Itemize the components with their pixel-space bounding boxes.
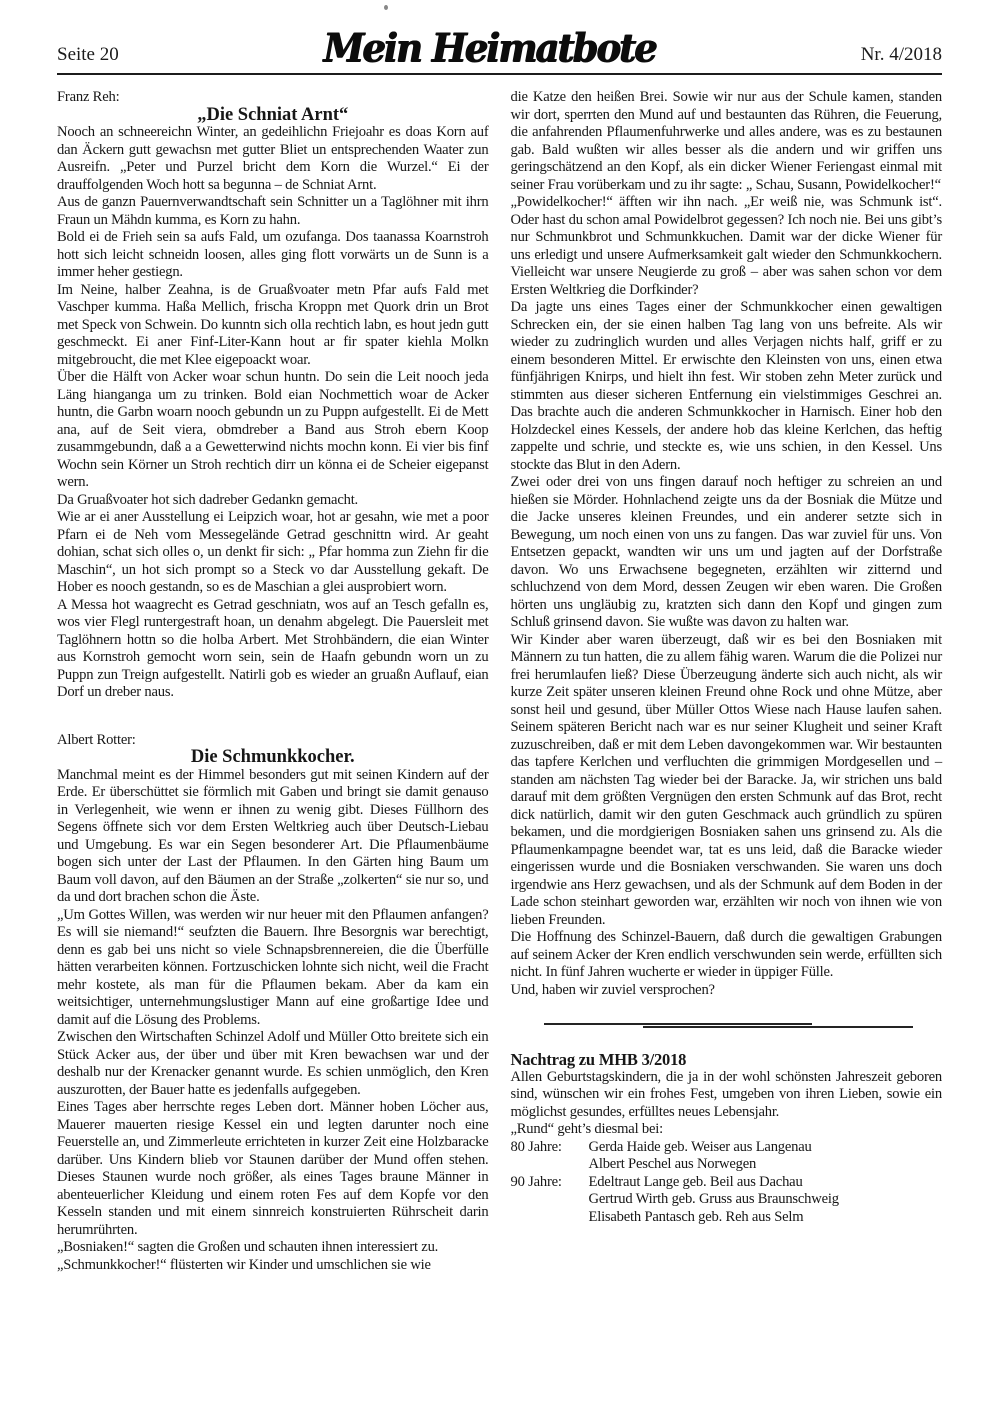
paragraph: „Um Gottes Willen, was werden wir nur he… [57, 907, 489, 1030]
paragraph: Da Gruaßvoater hot sich dadreber Gedankn… [57, 492, 489, 510]
article-author: Franz Reh: [57, 89, 489, 107]
article-title: „Die Schniat Arnt“ [57, 107, 489, 125]
paragraph: „Powidelkocher!“ äfften wir ihn nach. „E… [511, 194, 943, 299]
paragraph: die Katze den heißen Brei. Sowie wir nur… [511, 89, 943, 194]
birthday-age-label: 90 Jahre: [511, 1174, 589, 1192]
birthday-row: 80 Jahre: Gerda Haide geb. Weiser aus La… [511, 1139, 943, 1157]
article-separator-gap [57, 702, 489, 732]
article-title: Die Schmunkkocher. [57, 749, 489, 767]
newspaper-page: Seite 20 Mein Heimatbote Nr. 4/2018 Fran… [0, 0, 1000, 1412]
masthead-title: Mein Heimatbote [324, 29, 656, 67]
paragraph: Bold ei de Frieh sein sa aufs Fald, um o… [57, 229, 489, 282]
nachtrag-intro: Allen Geburtstagskindern, die ja in der … [511, 1069, 943, 1122]
birthday-age-label: 80 Jahre: [511, 1139, 589, 1157]
closing-question: Und, haben wir zuviel versprochen? [511, 982, 943, 1000]
left-column: Franz Reh: „Die Schniat Arnt“ Nooch an s… [57, 89, 489, 1274]
paragraph: Wir Kinder aber waren überzeugt, daß wir… [511, 632, 943, 930]
paragraph: Nooch an schneereichn Winter, an gedeihl… [57, 124, 489, 194]
paragraph: Aus de ganzn Pauernverwandtschaft sein S… [57, 194, 489, 229]
birthday-row: Elisabeth Pantasch geb. Reh aus Selm [511, 1209, 943, 1227]
two-column-layout: Franz Reh: „Die Schniat Arnt“ Nooch an s… [57, 89, 942, 1274]
birthday-name: Elisabeth Pantasch geb. Reh aus Selm [589, 1209, 943, 1227]
paragraph: „Bosniaken!“ sagten die Großen und schau… [57, 1239, 489, 1257]
birthday-name: Edeltraut Lange geb. Beil aus Dachau [589, 1174, 943, 1192]
paragraph: Manchmal meint es der Himmel besonders g… [57, 767, 489, 907]
paragraph: Wie ar ei aner Ausstellung ei Leipzich w… [57, 509, 489, 597]
birthday-row: Gertrud Wirth geb. Gruss aus Braunschwei… [511, 1191, 943, 1209]
birthday-name: Gertrud Wirth geb. Gruss aus Braunschwei… [589, 1191, 943, 1209]
birthday-age-spacer [511, 1156, 589, 1174]
scan-artifact-dot [384, 5, 388, 10]
birthday-age-spacer [511, 1209, 589, 1227]
paragraph: „Schmunkkocher!“ flüsterten wir Kinder u… [57, 1257, 489, 1275]
divider-line [643, 1026, 913, 1028]
paragraph: Im Neine, halber Zeahna, is de Gruaßvoat… [57, 282, 489, 370]
issue-number-label: Nr. 4/2018 [861, 44, 942, 66]
birthday-row: Albert Peschel aus Norwegen [511, 1156, 943, 1174]
birthday-row: 90 Jahre: Edeltraut Lange geb. Beil aus … [511, 1174, 943, 1192]
paragraph: A Messa hot waagrecht es Getrad geschnia… [57, 597, 489, 702]
paragraph: Die Hoffnung des Schinzel-Bauern, daß du… [511, 929, 943, 982]
birthday-name: Albert Peschel aus Norwegen [589, 1156, 943, 1174]
paragraph: Eines Tages aber herrschte reges Leben d… [57, 1099, 489, 1239]
nachtrag-rund-line: „Rund“ geht’s diesmal bei: [511, 1121, 943, 1139]
page-number-label: Seite 20 [57, 44, 119, 66]
birthday-list: 80 Jahre: Gerda Haide geb. Weiser aus La… [511, 1139, 943, 1227]
right-column: die Katze den heißen Brei. Sowie wir nur… [511, 89, 943, 1274]
paragraph: Über die Hälft von Acker woar schun hunt… [57, 369, 489, 492]
divider-line [544, 1023, 812, 1025]
paragraph: Da jagte uns eines Tages einer der Schmu… [511, 299, 943, 474]
birthday-name: Gerda Haide geb. Weiser aus Langenau [589, 1139, 943, 1157]
paragraph: Zwei oder drei von uns fingen darauf noc… [511, 474, 943, 632]
page-header: Seite 20 Mein Heimatbote Nr. 4/2018 [57, 30, 942, 75]
birthday-age-spacer [511, 1191, 589, 1209]
nachtrag-heading: Nachtrag zu MHB 3/2018 [511, 1051, 943, 1069]
section-divider [511, 1021, 943, 1033]
paragraph: Zwischen den Wirtschaften Schinzel Adolf… [57, 1029, 489, 1099]
